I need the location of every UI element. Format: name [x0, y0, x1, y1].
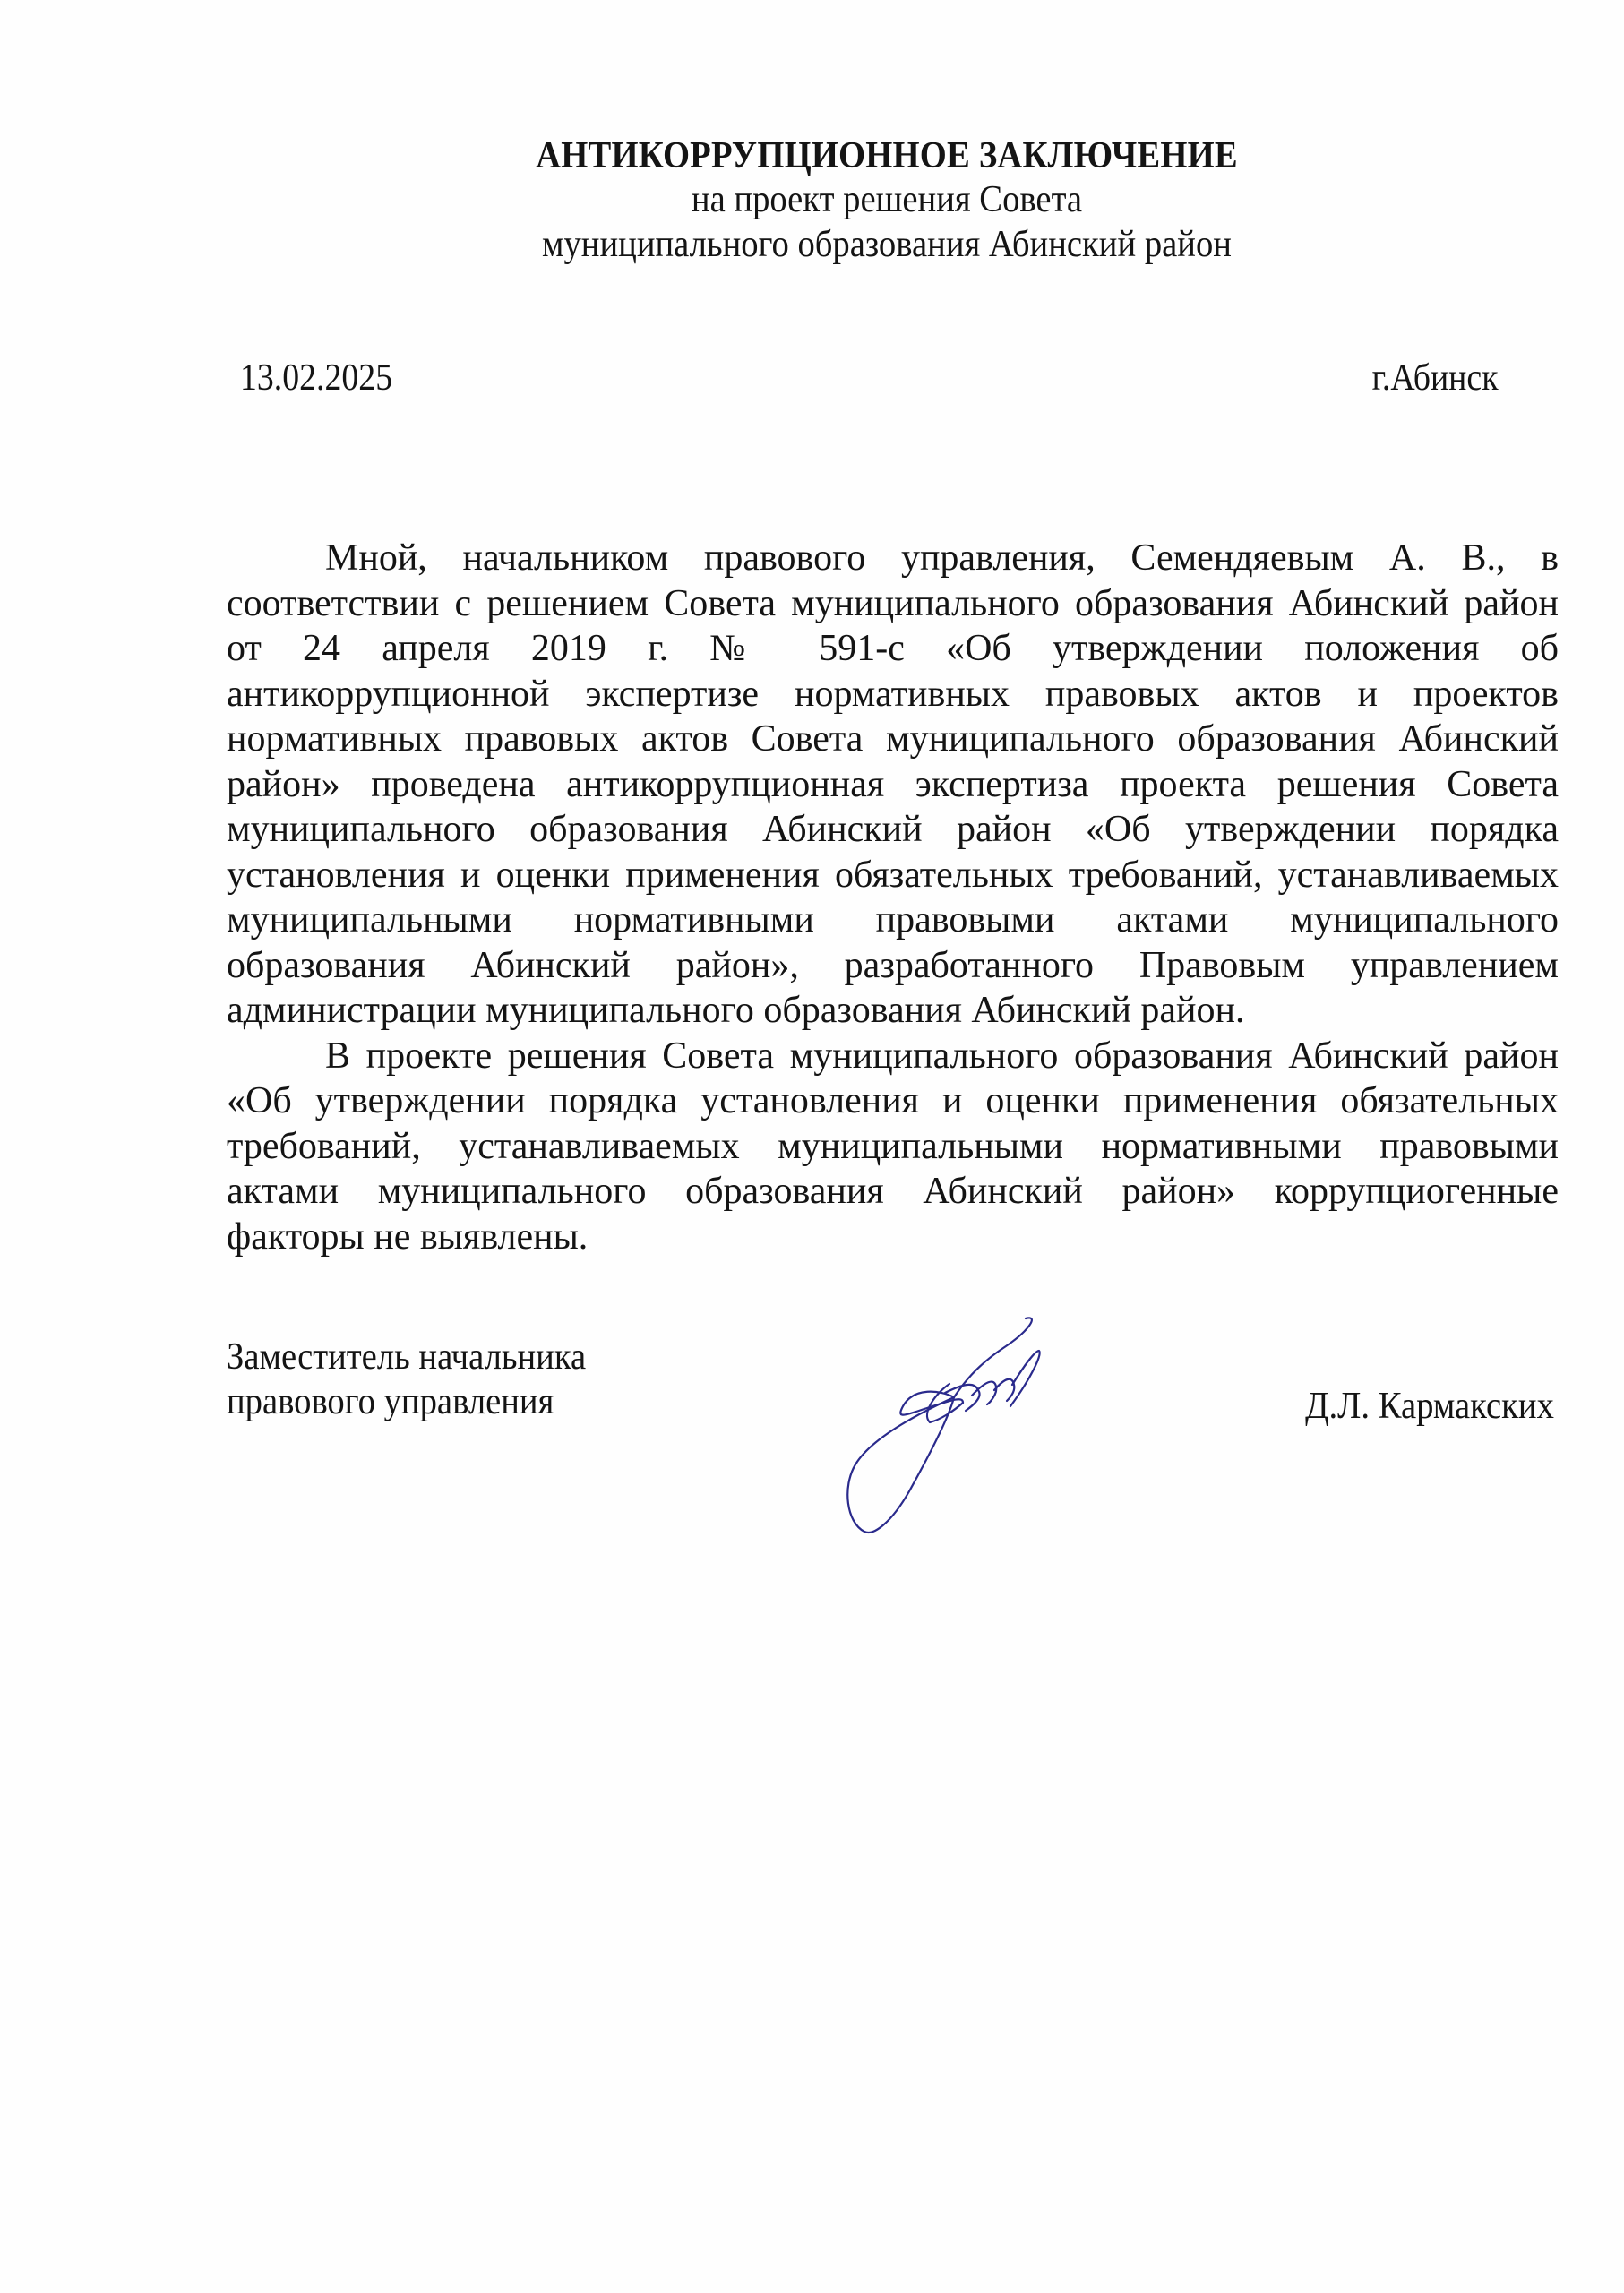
document-body: Мной, начальником правового управления, … [227, 536, 1559, 1259]
text-line: факторы не выявлены. [227, 1215, 1559, 1260]
paragraph-1: Мной, начальником правового управления, … [227, 536, 1559, 1034]
text-line: район» проведена антикоррупционная экспе… [227, 762, 1559, 808]
text-line: «Об утверждении порядка установления и о… [227, 1078, 1559, 1124]
document-date: 13.02.2025 [240, 356, 392, 399]
text-line: В проекте решения Совета муниципального … [227, 1034, 1559, 1079]
text-line: муниципальными нормативными правовыми ак… [227, 897, 1559, 943]
text-line: администрации муниципального образования… [227, 988, 1559, 1034]
document-city: г.Абинск [1372, 356, 1499, 399]
text-line: требований, устанавливаемых муниципальны… [227, 1124, 1559, 1170]
signatory-name: Д.Л. Кармакских [1305, 1384, 1554, 1429]
text-line: установления и оценки применения обязате… [227, 853, 1559, 898]
handwritten-signature-icon [770, 1308, 1075, 1541]
signatory-position-line2: правового управления [227, 1379, 586, 1424]
signatory-position: Заместитель начальника правового управле… [227, 1335, 586, 1424]
text-line: муниципального образования Абинский райо… [227, 807, 1559, 853]
document-page: АНТИКОРРУПЦИОННОЕ ЗАКЛЮЧЕНИЕ на проект р… [0, 0, 1624, 2293]
text-line: соответствии с решением Совета муниципал… [227, 581, 1559, 627]
document-title: АНТИКОРРУПЦИОННОЕ ЗАКЛЮЧЕНИЕ [483, 134, 1291, 177]
text-line: антикоррупционной экспертизе нормативных… [227, 672, 1559, 717]
document-subtitle-line2: муниципального образования Абинский райо… [483, 222, 1291, 267]
document-header: АНТИКОРРУПЦИОННОЕ ЗАКЛЮЧЕНИЕ на проект р… [448, 134, 1326, 267]
text-line: от 24 апреля 2019 г. № 591-с «Об утвержд… [227, 626, 1559, 672]
paragraph-2: В проекте решения Совета муниципального … [227, 1034, 1559, 1260]
text-line: Мной, начальником правового управления, … [227, 536, 1559, 581]
text-line: образования Абинский район», разработанн… [227, 943, 1559, 989]
text-line: актами муниципального образования Абинск… [227, 1169, 1559, 1215]
text-line: нормативных правовых актов Совета муници… [227, 717, 1559, 762]
signatory-position-line1: Заместитель начальника [227, 1335, 586, 1379]
document-subtitle-line1: на проект решения Совета [483, 177, 1291, 222]
